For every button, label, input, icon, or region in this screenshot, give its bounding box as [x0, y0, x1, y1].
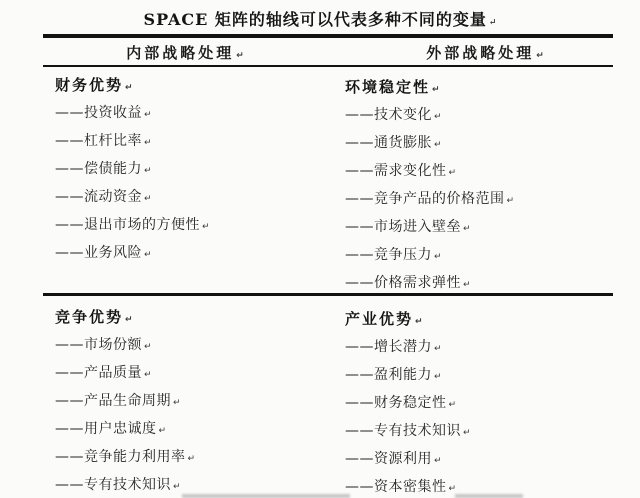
variable-text: ——杠杆比率 [55, 133, 142, 149]
variable-text: ——专有技术知识 [345, 423, 461, 439]
paragraph-mark-icon: ↵ [144, 166, 152, 176]
paragraph-mark-icon: ↵ [489, 18, 497, 28]
variable-text: ——增长潜力 [345, 339, 432, 355]
paragraph-mark-icon: ↵ [463, 428, 471, 438]
variable-item: ——业务风险↵ [55, 239, 335, 267]
paragraph-mark-icon: ↵ [159, 426, 167, 436]
variable-text: ——竞争能力利用率 [55, 449, 186, 465]
variable-text: ——流动资金 [55, 189, 142, 205]
variable-text: ——业务风险 [55, 245, 142, 261]
paragraph-mark-icon: ↵ [536, 51, 544, 61]
section-heading-text: 财务优势 [55, 76, 123, 94]
variable-item: ——市场份额↵ [55, 331, 335, 359]
paragraph-mark-icon: ↵ [144, 110, 152, 120]
variable-text: ——技术变化 [345, 107, 432, 123]
paragraph-mark-icon: ↵ [415, 317, 423, 327]
variable-text: ——投资收益 [55, 105, 142, 121]
cutoff-next-line-left [182, 494, 350, 498]
paragraph-mark-icon: ↵ [144, 138, 152, 148]
section-heading-text: 竞争优势 [55, 308, 123, 326]
paragraph-mark-icon: ↵ [434, 456, 442, 466]
variable-item: ——增长潜力↵ [345, 333, 625, 361]
section-heading: 财务优势↵ [55, 71, 335, 99]
paragraph-mark-icon: ↵ [507, 196, 515, 206]
variable-text: ——盈利能力 [345, 367, 432, 383]
variable-item: ——偿债能力↵ [55, 155, 335, 183]
section-industry-strength: 产业优势↵ ——增长潜力↵ ——盈利能力↵ ——财务稳定性↵ ——专有技术知识↵… [345, 305, 625, 498]
variable-text: ——用户忠诚度 [55, 421, 157, 437]
variable-item: ——需求变化性↵ [345, 157, 625, 185]
variable-item: ——产品生命周期↵ [55, 387, 335, 415]
paragraph-mark-icon: ↵ [463, 224, 471, 234]
paragraph-mark-icon: ↵ [144, 194, 152, 204]
variable-item: ——财务稳定性↵ [345, 389, 625, 417]
column-header-internal: 内部战略处理↵ [43, 43, 327, 63]
variable-item: ——专有技术知识↵ [345, 417, 625, 445]
section-heading: 产业优势↵ [345, 305, 625, 333]
variable-text: ——退出市场的方便性 [55, 217, 200, 233]
variable-text: ——产品生命周期 [55, 393, 171, 409]
variable-text: ——市场份额 [55, 337, 142, 353]
document-title-text: SPACE 矩阵的轴线可以代表多种不同的变量 [144, 10, 487, 29]
section-heading: 环境稳定性↵ [345, 73, 625, 101]
paragraph-mark-icon: ↵ [449, 168, 457, 178]
variable-item: ——用户忠诚度↵ [55, 415, 335, 443]
variable-text: ——通货膨胀 [345, 135, 432, 151]
paragraph-mark-icon: ↵ [449, 400, 457, 410]
variable-item: ——技术变化↵ [345, 101, 625, 129]
cutoff-next-line-right [455, 494, 523, 498]
paragraph-mark-icon: ↵ [434, 372, 442, 382]
variable-item: ——通货膨胀↵ [345, 129, 625, 157]
paragraph-mark-icon: ↵ [463, 280, 471, 290]
paragraph-mark-icon: ↵ [434, 344, 442, 354]
paragraph-mark-icon: ↵ [144, 250, 152, 260]
variable-text: ——价格需求弹性 [345, 275, 461, 291]
variable-text: ——产品质量 [55, 365, 142, 381]
variable-text: ——专有技术知识 [55, 477, 171, 493]
paragraph-mark-icon: ↵ [188, 454, 196, 464]
section-competitive-advantage: 竞争优势↵ ——市场份额↵ ——产品质量↵ ——产品生命周期↵ ——用户忠诚度↵… [55, 303, 335, 498]
variable-text: ——需求变化性 [345, 163, 447, 179]
paragraph-mark-icon: ↵ [434, 140, 442, 150]
paragraph-mark-icon: ↵ [173, 398, 181, 408]
variable-item: ——杠杆比率↵ [55, 127, 335, 155]
variable-item: ——竞争压力↵ [345, 241, 625, 269]
section-divider-rule [43, 293, 613, 296]
paragraph-mark-icon: ↵ [173, 482, 181, 492]
variable-text: ——市场进入壁垒 [345, 219, 461, 235]
paragraph-mark-icon: ↵ [434, 112, 442, 122]
variable-item: ——盈利能力↵ [345, 361, 625, 389]
variable-text: ——资源利用 [345, 451, 432, 467]
column-header-external: 外部战略处理↵ [340, 43, 630, 63]
column-header-external-text: 外部战略处理 [426, 44, 534, 62]
table-top-rule [43, 34, 613, 38]
section-heading-text: 环境稳定性 [345, 78, 430, 96]
document-title: SPACE 矩阵的轴线可以代表多种不同的变量↵ [0, 8, 640, 32]
paragraph-mark-icon: ↵ [202, 222, 210, 232]
variable-item: ——退出市场的方便性↵ [55, 211, 335, 239]
variable-item: ——产品质量↵ [55, 359, 335, 387]
paragraph-mark-icon: ↵ [449, 484, 457, 494]
variable-text: ——竞争压力 [345, 247, 432, 263]
variable-text: ——偿债能力 [55, 161, 142, 177]
variable-item: ——投资收益↵ [55, 99, 335, 127]
variable-text: ——财务稳定性 [345, 395, 447, 411]
section-financial-strength: 财务优势↵ ——投资收益↵ ——杠杆比率↵ ——偿债能力↵ ——流动资金↵ ——… [55, 71, 335, 267]
variable-item: ——市场进入壁垒↵ [345, 213, 625, 241]
paragraph-mark-icon: ↵ [144, 342, 152, 352]
variable-text: ——竞争产品的价格范围 [345, 191, 505, 207]
scanned-document-page: SPACE 矩阵的轴线可以代表多种不同的变量↵ 内部战略处理↵ 外部战略处理↵ … [0, 0, 640, 498]
section-environmental-stability: 环境稳定性↵ ——技术变化↵ ——通货膨胀↵ ——需求变化性↵ ——竞争产品的价… [345, 73, 625, 297]
variable-item: ——竞争能力利用率↵ [55, 443, 335, 471]
variable-item: ——竞争产品的价格范围↵ [345, 185, 625, 213]
paragraph-mark-icon: ↵ [432, 85, 440, 95]
variable-text: ——资本密集性 [345, 479, 447, 495]
section-heading: 竞争优势↵ [55, 303, 335, 331]
header-separator-rule [43, 65, 613, 67]
variable-item: ——资源利用↵ [345, 445, 625, 473]
paragraph-mark-icon: ↵ [125, 315, 133, 325]
paragraph-mark-icon: ↵ [144, 370, 152, 380]
paragraph-mark-icon: ↵ [434, 252, 442, 262]
paragraph-mark-icon: ↵ [236, 51, 244, 61]
column-header-internal-text: 内部战略处理 [126, 44, 234, 62]
section-heading-text: 产业优势 [345, 310, 413, 328]
variable-item: ——流动资金↵ [55, 183, 335, 211]
paragraph-mark-icon: ↵ [125, 83, 133, 93]
